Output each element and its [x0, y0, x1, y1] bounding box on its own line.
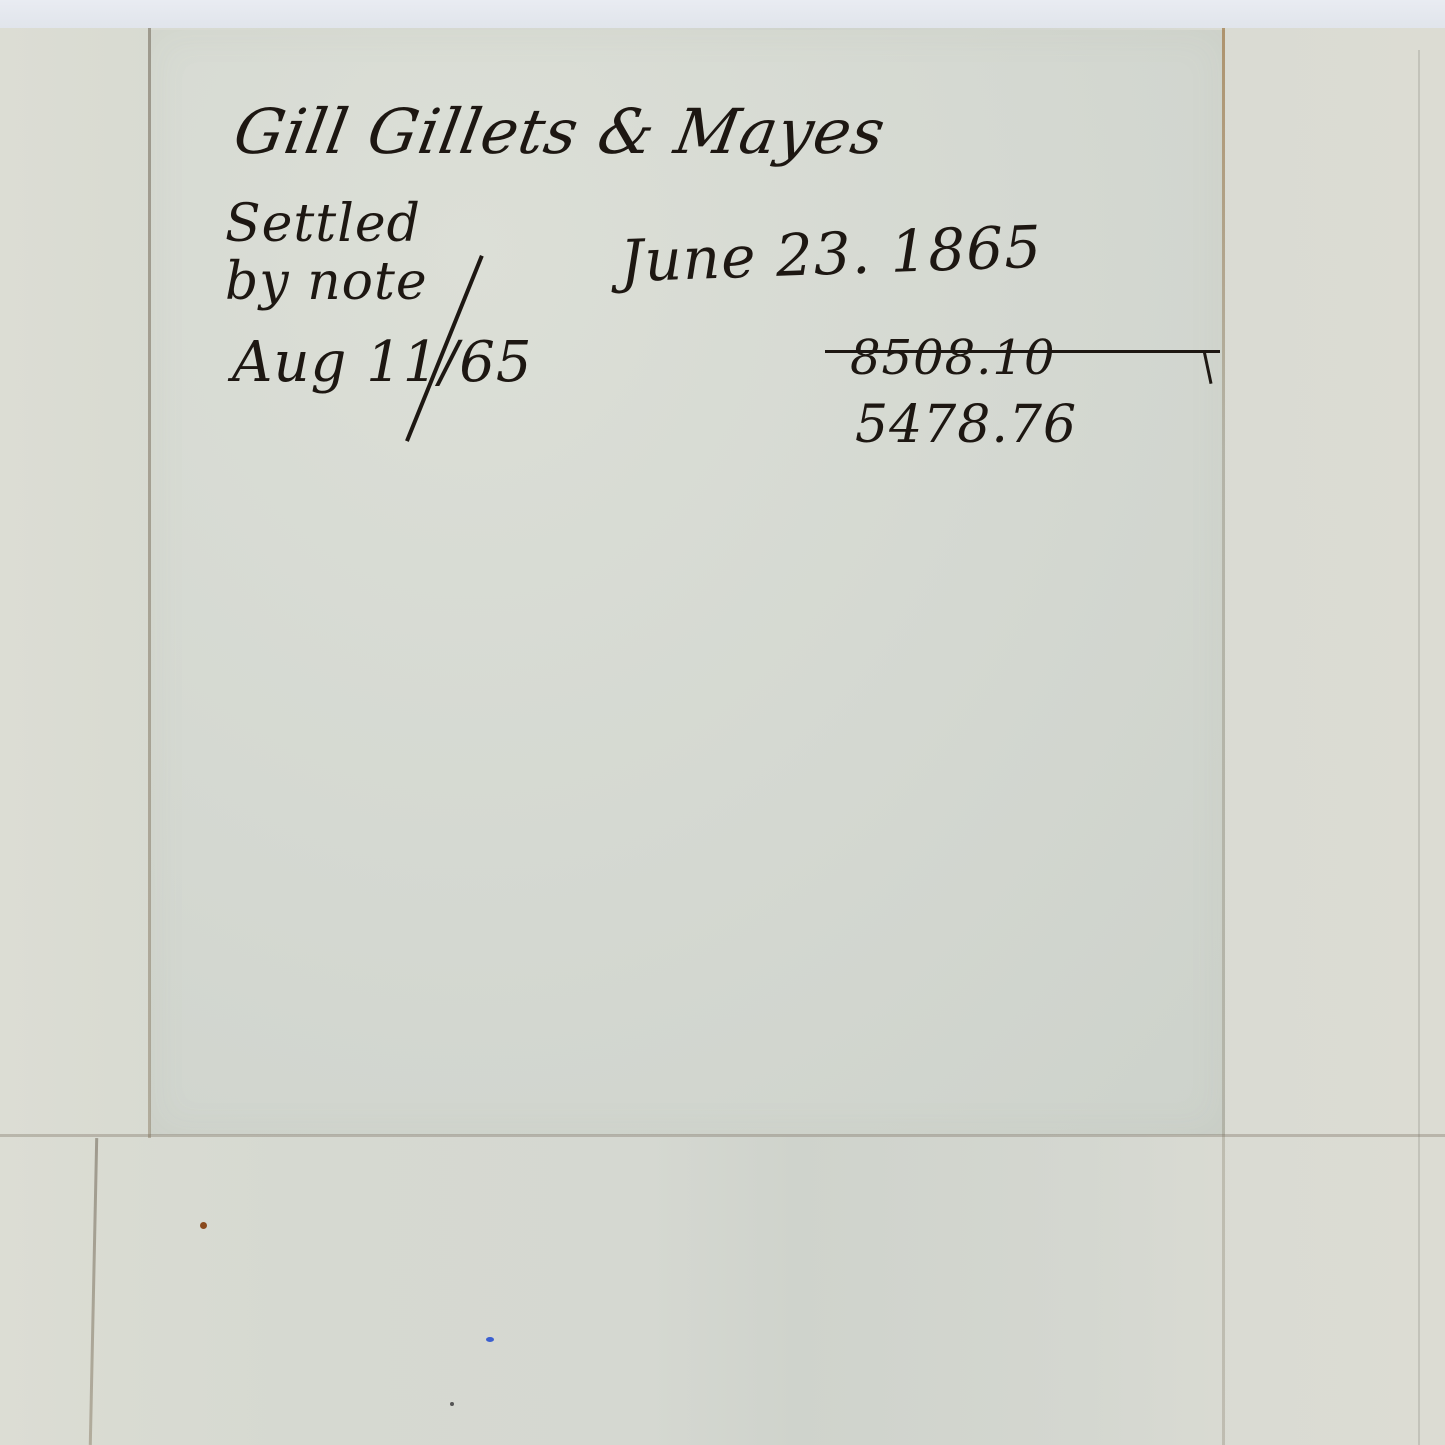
settlement-note-line1: Settled	[225, 195, 428, 253]
dark-speck	[450, 1402, 454, 1406]
corrected-amount: 5478.76	[855, 395, 1077, 455]
rust-stain	[200, 1222, 207, 1229]
original-amount-struck: 8508.10	[850, 330, 1056, 386]
fold-line-horizontal	[0, 1134, 1445, 1137]
settlement-note: Settled by note	[225, 195, 428, 311]
settlement-note-line2: by note	[225, 253, 428, 311]
strikethrough-line	[825, 350, 1220, 353]
fold-line-left	[148, 28, 151, 1138]
settlement-date: Aug 11/65	[232, 330, 533, 395]
blue-ink-spot	[486, 1337, 494, 1342]
fold-line-right	[1222, 28, 1225, 1445]
fold-line-far-right	[1418, 50, 1420, 1445]
docket-header: Gill Gillets & Mayes	[229, 95, 892, 168]
